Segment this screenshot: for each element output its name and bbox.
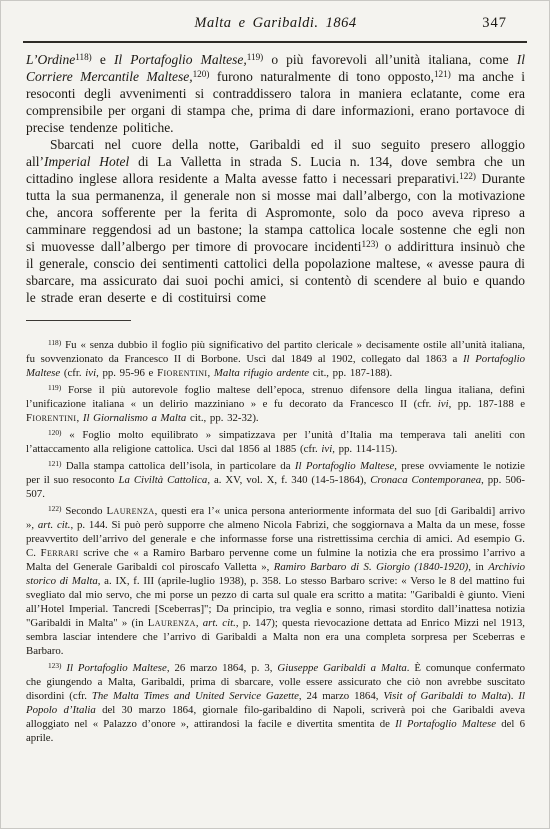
running-title: Malta e Garibaldi. 1864 [26, 15, 525, 32]
footnotes-section: 118) Fu « senza dubbio il foglio più sig… [26, 338, 525, 745]
footnote-separator-rule [26, 320, 131, 321]
body-paragraph-1: L’Ordine118) e Il Portafoglio Maltese,11… [26, 51, 525, 136]
footnote-120: 120) « Foglio molto equilibrato » simpat… [26, 428, 525, 456]
footnote-123: 123) Il Portafoglio Maltese, 26 marzo 18… [26, 661, 525, 745]
footnote-122: 122) Secondo Laurenza, questi era l’« un… [26, 504, 525, 658]
footnote-121: 121) Dalla stampa cattolica dell’isola, … [26, 459, 525, 501]
footnote-118: 118) Fu « senza dubbio il foglio più sig… [26, 338, 525, 380]
running-head: Malta e Garibaldi. 1864 347 [26, 15, 525, 37]
book-page: Malta e Garibaldi. 1864 347 L’Ordine118)… [0, 0, 550, 829]
page-number: 347 [482, 15, 507, 32]
body-paragraph-2: Sbarcati nel cuore della notte, Garibald… [26, 136, 525, 306]
footnote-119: 119) Forse il più autorevole foglio malt… [26, 383, 525, 425]
body-text: L’Ordine118) e Il Portafoglio Maltese,11… [26, 51, 525, 306]
header-rule [23, 41, 527, 43]
